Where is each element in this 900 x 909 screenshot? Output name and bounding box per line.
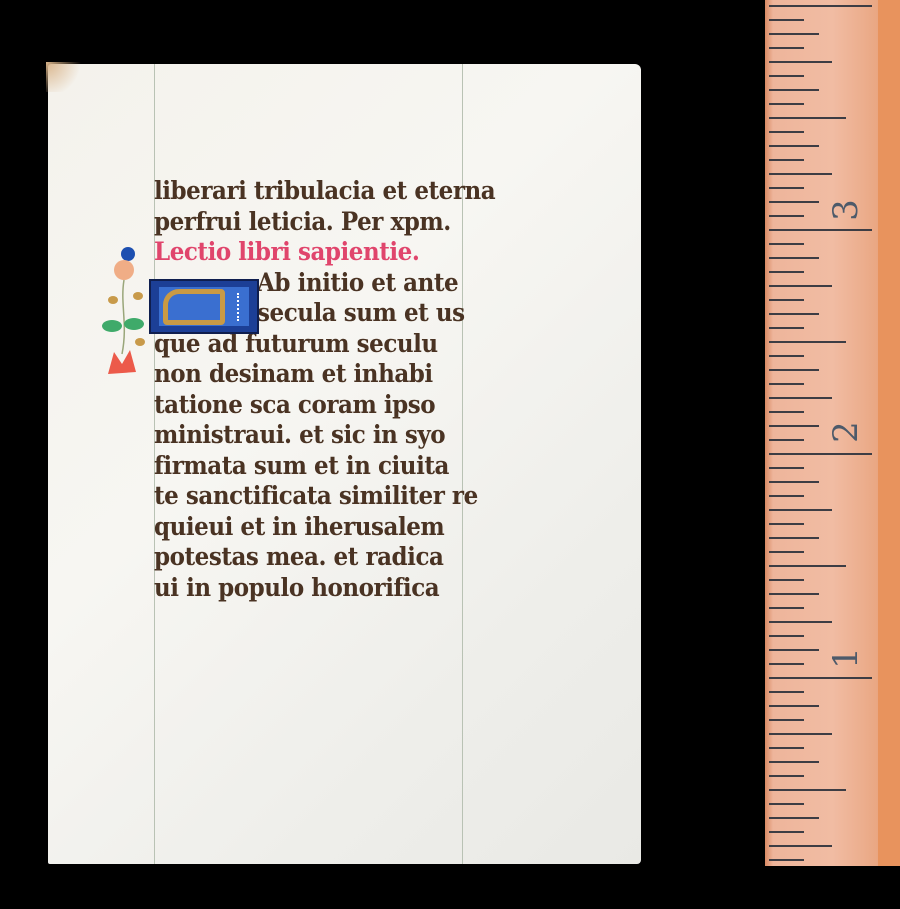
ruler-tick [769, 173, 832, 175]
ruler-tick [769, 537, 819, 539]
ruler-tick [769, 789, 846, 791]
ruler-tick [769, 467, 804, 469]
ruler-tick [769, 831, 804, 833]
ruler-tick [769, 523, 804, 525]
text-line: ui in populo honorifica [154, 573, 450, 604]
ruler-tick [769, 75, 804, 77]
ruler-tick [769, 817, 819, 819]
ruler-tick [769, 215, 804, 217]
ruler-tick [769, 47, 804, 49]
floral-border-icon [98, 244, 158, 384]
ruler-label-1: 1 [826, 647, 866, 669]
ruler-tick [769, 705, 819, 707]
ruler-tick [769, 411, 804, 413]
ruler-tick [769, 131, 804, 133]
text-line: perfrui leticia. Per xpm. [154, 207, 450, 238]
ruler-tick [769, 327, 804, 329]
ruler-tick [769, 159, 804, 161]
text-line: te sanctificata similiter re [154, 481, 450, 512]
ruler-tick [769, 677, 872, 679]
ruler-tick [769, 299, 804, 301]
ruler-tick [769, 383, 804, 385]
ruler-tick [769, 313, 819, 315]
ruler-label-3: 3 [826, 199, 866, 221]
ruler-tick [769, 61, 832, 63]
ruler-tick [769, 397, 832, 399]
text-line: quieui et in iherusalem [154, 512, 450, 543]
ruler-tick [769, 285, 832, 287]
ruler-tick [769, 733, 832, 735]
ruler-tick [769, 761, 819, 763]
ruler-tick [769, 635, 804, 637]
ruler-tick [769, 453, 872, 455]
ruler-tick [769, 5, 872, 7]
rubric-line: Lectio libri sapientie. [154, 237, 450, 268]
ruler-tick [769, 649, 819, 651]
ruler-tick [769, 369, 819, 371]
text-line: liberari tribulacia et eterna [154, 176, 450, 207]
ruler-tick [769, 117, 846, 119]
ruler-tick [769, 691, 804, 693]
ruler-tick [769, 425, 819, 427]
ruler-tick [769, 257, 819, 259]
manuscript-leaf: liberari tribulacia et eterna perfrui le… [48, 64, 641, 864]
ruler-tick [769, 19, 804, 21]
ruler-tick [769, 551, 804, 553]
ruler-tick [769, 33, 819, 35]
ruler-tick [769, 509, 832, 511]
text-line: ministraui. et sic in syo [154, 420, 450, 451]
ruler-tick [769, 607, 804, 609]
ruler-tick [769, 145, 819, 147]
ruler-tick [769, 201, 819, 203]
ruler-tick [769, 775, 804, 777]
ruler-tick [769, 439, 804, 441]
ruler-tick [769, 495, 804, 497]
ruler-tick [769, 845, 832, 847]
ruler-tick [769, 579, 804, 581]
ruler-tick [769, 747, 804, 749]
ruler-tick [769, 229, 872, 231]
text-line: tatione sca coram ipso [154, 390, 450, 421]
ruler-tick [769, 663, 804, 665]
ruler-tick [769, 859, 804, 861]
text-line: firmata sum et in ciuita [154, 451, 450, 482]
ruler-tick [769, 803, 804, 805]
ruler-tick [769, 621, 832, 623]
illuminated-initial [149, 279, 259, 334]
ruler-tick [769, 565, 846, 567]
ruler-tick [769, 89, 819, 91]
text-line: non desinam et inhabi [154, 359, 450, 390]
text-line: potestas mea. et radica [154, 542, 450, 573]
ruler-tick [769, 271, 804, 273]
inch-ruler: 3 2 1 [765, 0, 900, 866]
ruler-tick [769, 481, 819, 483]
ruler-tick [769, 103, 804, 105]
ruler-tick [769, 719, 804, 721]
text-block: liberari tribulacia et eterna perfrui le… [154, 176, 476, 603]
ruler-tick [769, 243, 804, 245]
ruler-label-2: 2 [826, 421, 866, 443]
ruler-tick [769, 355, 804, 357]
ruler-tick [769, 187, 804, 189]
ruler-tick [769, 593, 819, 595]
ruler-tick [769, 341, 846, 343]
gold-letter-a-icon [163, 289, 225, 325]
